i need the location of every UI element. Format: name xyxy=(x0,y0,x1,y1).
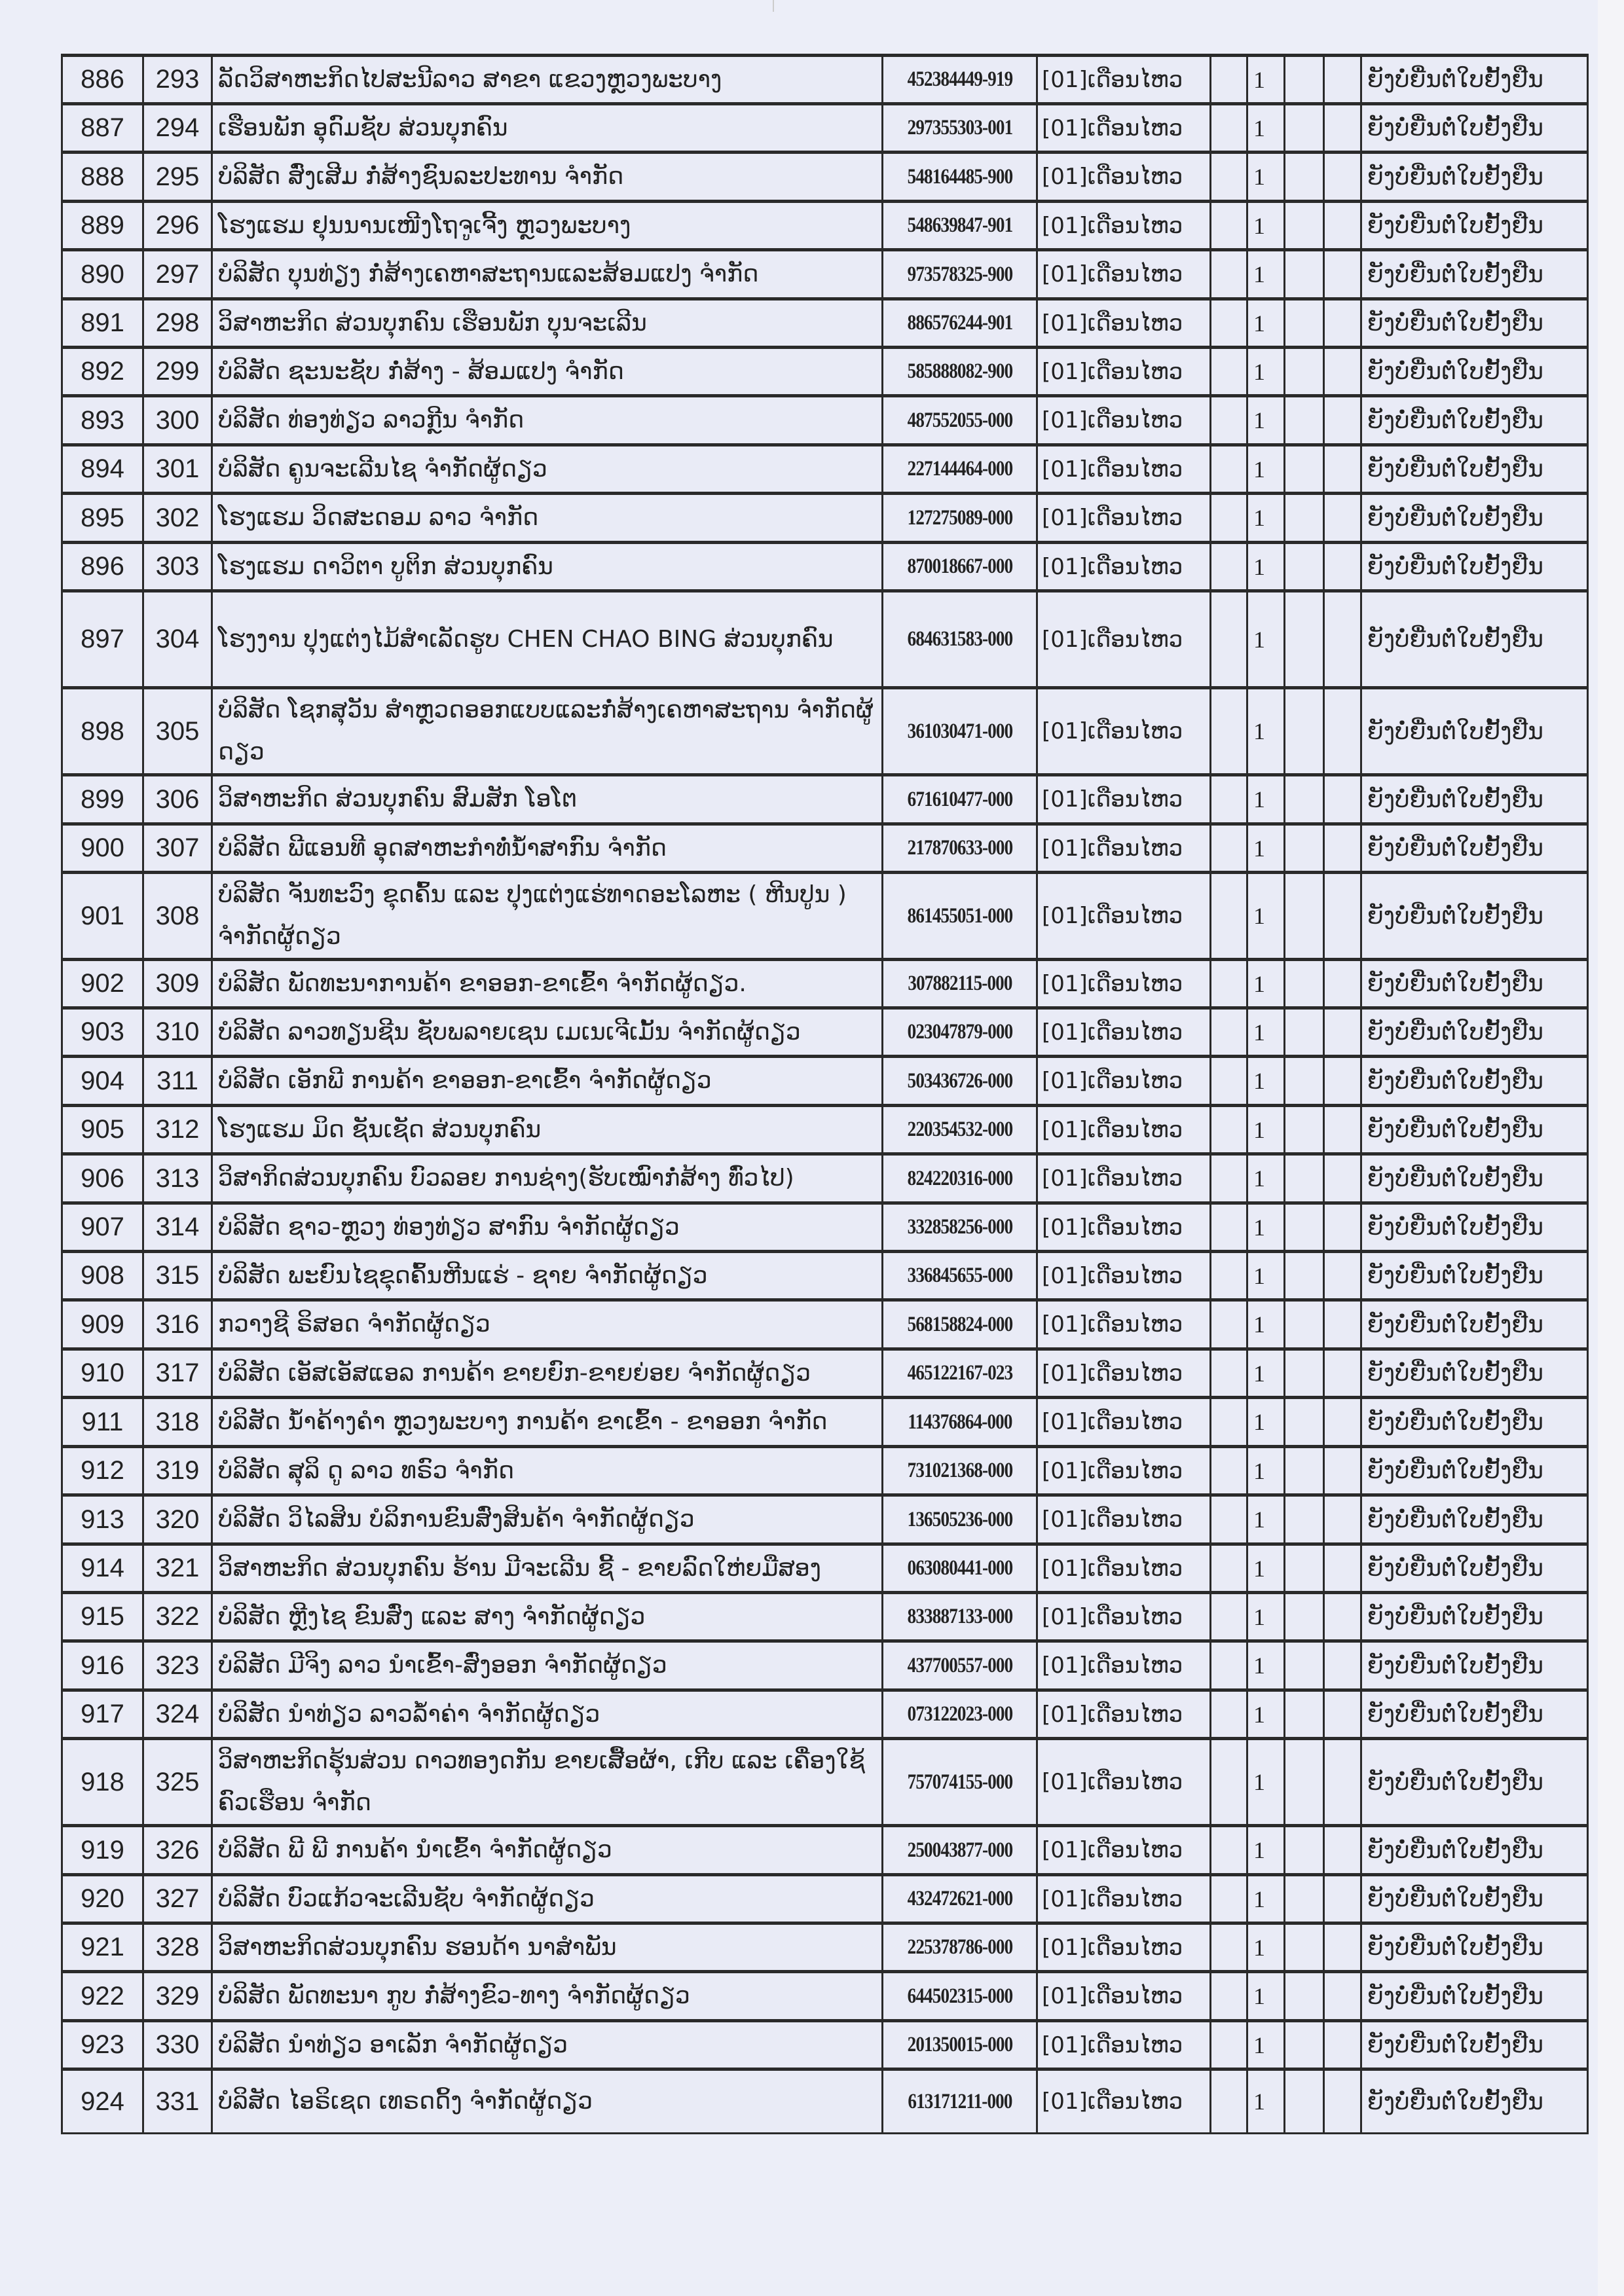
business-name-cell: ບໍລິສັດ ນຳທ່ຽວ ອາເລັກ ຈຳກັດຜູ້ດຽວ xyxy=(212,2021,883,2069)
blank-cell xyxy=(1285,1203,1324,1252)
seq-text: 902 xyxy=(81,969,124,998)
status-text: ຍັງບໍ່ຍື່ນຕໍ່ໃບຢັ້ງຢືນ xyxy=(1367,786,1543,813)
filing-status-cell: ຍັງບໍ່ຍື່ນຕໍ່ໃບຢັ້ງຢືນ xyxy=(1361,1690,1588,1739)
count-cell: 1 xyxy=(1247,396,1285,445)
no-text: 308 xyxy=(156,902,200,930)
no-text: 293 xyxy=(156,65,200,94)
overall-sequence-cell: 895 xyxy=(62,494,143,543)
blank-cell xyxy=(1324,824,1361,873)
blank-cell xyxy=(1324,250,1361,299)
filing-status-cell: ຍັງບໍ່ຍື່ນຕໍ່ໃບຢັ້ງຢືນ xyxy=(1361,1447,1588,1495)
overall-sequence-cell: 898 xyxy=(62,688,143,775)
count-text: 1 xyxy=(1253,1652,1265,1679)
name-text: ໂຮງງານ ປຸງແຕ່ງໄມ້ສຳເລັດຮູບ CHEN CHAO BIN… xyxy=(218,626,833,653)
period-text: [01]ເດືອນໄຫວ xyxy=(1042,407,1183,433)
blank-cell xyxy=(1285,1008,1324,1057)
blank-cell xyxy=(1324,1447,1361,1495)
table-body: 886 293 ລັດວິສາຫະກິດໄປສະນີລາວ ສາຂາ ແຂວງຫ… xyxy=(62,56,1588,2134)
tin-text: 201350015-000 xyxy=(907,2033,1012,2057)
no-text: 301 xyxy=(156,454,200,483)
table-row: 888 295 ບໍລິສັດ ສົ່ງເສີມ ກໍ່ສ້າງຊົນລະປະທ… xyxy=(62,153,1588,202)
group-sequence-cell: 311 xyxy=(143,1057,212,1106)
group-sequence-cell: 293 xyxy=(143,56,212,104)
status-text: ຍັງບໍ່ຍື່ນຕໍ່ໃບຢັ້ງຢືນ xyxy=(1367,1603,1543,1630)
tin-text: 465122167-023 xyxy=(907,1361,1012,1385)
status-text: ຍັງບໍ່ຍື່ນຕໍ່ໃບຢັ້ງຢືນ xyxy=(1367,164,1543,191)
blank-cell xyxy=(1285,1875,1324,1923)
blank-cell xyxy=(1324,1641,1361,1690)
blank-cell xyxy=(1211,824,1247,873)
period-cell: [01]ເດືອນໄຫວ xyxy=(1037,445,1211,494)
blank-cell xyxy=(1324,348,1361,396)
seq-text: 893 xyxy=(81,406,124,435)
business-name-cell: ໂຮງແຮມ ດາວິຕາ ບູຕິກ ສ່ວນບຸກຄົນ xyxy=(212,543,883,591)
blank-cell xyxy=(1285,1690,1324,1739)
name-text: ວິສາກິດສ່ວນບຸກຄົນ ບົວລອຍ ການຊ່າງ(ຮັບເໝົາ… xyxy=(218,1165,794,1192)
no-text: 326 xyxy=(156,1836,200,1865)
blank-cell xyxy=(1211,543,1247,591)
blank-cell xyxy=(1285,1398,1324,1447)
period-cell: [01]ເດືອນໄຫວ xyxy=(1037,1154,1211,1203)
period-cell: [01]ເດືອນໄຫວ xyxy=(1037,299,1211,348)
status-text: ຍັງບໍ່ຍື່ນຕໍ່ໃບຢັ້ງຢືນ xyxy=(1367,1360,1543,1387)
business-name-cell: ບໍລິສັດ ພີ ພີ ການຄ້າ ນຳເຂົ້າ ຈຳກັດຜູ້ດຽວ xyxy=(212,1826,883,1875)
count-text: 1 xyxy=(1253,1506,1265,1533)
tin-text: 023047879-000 xyxy=(907,1020,1012,1044)
business-name-cell: ບໍລິສັດ ວິໄລສິນ ບໍລິການຂົນສົ່ງສິນຄ້າ ຈຳກ… xyxy=(212,1495,883,1544)
no-text: 297 xyxy=(156,260,200,289)
period-cell: [01]ເດືອນໄຫວ xyxy=(1037,396,1211,445)
no-text: 310 xyxy=(156,1017,200,1046)
name-text: ວິສາຫະກິດສ່ວນບຸກຄົນ ຮອນດ້າ ນາສຳພັນ xyxy=(218,1934,617,1961)
tax-id-cell: 127275089-000 xyxy=(896,494,1024,543)
filing-status-cell: ຍັງບໍ່ຍື່ນຕໍ່ໃບຢັ້ງຢືນ xyxy=(1361,1106,1588,1154)
business-name-cell: ບໍລິສັດ ຫຼີງໄຊ ຂົນສົ່ງ ແລະ ສາງ ຈຳກັດຜູ້ດ… xyxy=(212,1593,883,1641)
name-text: ບໍລິສັດ ນ້ຳຄ້າງຄຳ ຫຼວງພະບາງ ການຄ້າ ຂາເຂົ… xyxy=(218,1408,828,1435)
period-cell: [01]ເດືອນໄຫວ xyxy=(1037,1739,1211,1826)
overall-sequence-cell: 920 xyxy=(62,1875,143,1923)
status-text: ຍັງບໍ່ຍື່ນຕໍ່ໃບຢັ້ງຢືນ xyxy=(1367,1214,1543,1241)
filing-status-cell: ຍັງບໍ່ຍື່ນຕໍ່ໃບຢັ້ງຢືນ xyxy=(1361,1398,1588,1447)
period-text: [01]ເດືອນໄຫວ xyxy=(1042,456,1183,483)
status-text: ຍັງບໍ່ຍື່ນຕໍ່ໃບຢັ້ງຢືນ xyxy=(1367,1701,1543,1728)
group-sequence-cell: 323 xyxy=(143,1641,212,1690)
no-text: 322 xyxy=(156,1602,200,1631)
group-sequence-cell: 306 xyxy=(143,775,212,824)
business-name-cell: ບໍລິສັດ ຊະນະຊັບ ກໍ່ສ້າງ - ສ້ອມແປງ ຈຳກັດ xyxy=(212,348,883,396)
filing-status-cell: ຍັງບໍ່ຍື່ນຕໍ່ໃບຢັ້ງຢືນ xyxy=(1361,445,1588,494)
group-sequence-cell: 318 xyxy=(143,1398,212,1447)
name-text: ບໍລິສັດ ພັດທະນາ ກູບ ກໍ່ສ້າງຂົວ-ທາງ ຈຳກັດ… xyxy=(218,1982,690,2009)
blank-cell xyxy=(1211,1252,1247,1300)
period-text: [01]ເດືອນໄຫວ xyxy=(1042,1837,1183,1863)
count-text: 1 xyxy=(1253,1458,1265,1484)
overall-sequence-cell: 890 xyxy=(62,250,143,299)
blank-cell xyxy=(1211,1349,1247,1398)
period-cell: [01]ເດືອນໄຫວ xyxy=(1037,1106,1211,1154)
group-sequence-cell: 298 xyxy=(143,299,212,348)
tax-id-cell: 201350015-000 xyxy=(896,2021,1024,2069)
filing-status-cell: ຍັງບໍ່ຍື່ນຕໍ່ໃບຢັ້ງຢືນ xyxy=(1361,1008,1588,1057)
blank-cell xyxy=(1211,873,1247,960)
blank-cell xyxy=(1285,299,1324,348)
filing-status-cell: ຍັງບໍ່ຍື່ນຕໍ່ໃບຢັ້ງຢືນ xyxy=(1361,396,1588,445)
tin-text: 568158824-000 xyxy=(907,1313,1012,1337)
table-row: 908 315 ບໍລິສັດ ພະຍົນໄຊຂຸດຄົ້ນຫີນແຮ່ - ຊ… xyxy=(62,1252,1588,1300)
count-cell: 1 xyxy=(1247,688,1285,775)
blank-cell xyxy=(1324,104,1361,153)
name-text: ກວາງຊີ ຣິສອດ ຈຳກັດຜູ້ດຽວ xyxy=(218,1311,490,1338)
blank-cell xyxy=(1211,1447,1247,1495)
tin-text: 757074155-000 xyxy=(907,1770,1012,1795)
group-sequence-cell: 301 xyxy=(143,445,212,494)
period-cell: [01]ເດືອນໄຫວ xyxy=(1037,1252,1211,1300)
count-cell: 1 xyxy=(1247,775,1285,824)
filing-status-cell: ຍັງບໍ່ຍື່ນຕໍ່ໃບຢັ້ງຢືນ xyxy=(1361,1203,1588,1252)
tin-text: 127275089-000 xyxy=(907,506,1012,530)
tin-text: 861455051-000 xyxy=(907,904,1012,928)
status-text: ຍັງບໍ່ຍື່ນຕໍ່ໃບຢັ້ງຢືນ xyxy=(1367,1116,1543,1143)
tax-id-cell: 073122023-000 xyxy=(896,1690,1024,1739)
tin-text: 307882115-000 xyxy=(908,972,1012,996)
group-sequence-cell: 326 xyxy=(143,1826,212,1875)
blank-cell xyxy=(1285,56,1324,104)
blank-cell xyxy=(1324,1495,1361,1544)
tin-text: 217870633-000 xyxy=(907,836,1012,860)
business-name-cell: ບໍລິສັດ ນ້ຳຄ້າງຄຳ ຫຼວງພະບາງ ການຄ້າ ຂາເຂົ… xyxy=(212,1398,883,1447)
status-text: ຍັງບໍ່ຍື່ນຕໍ່ໃບຢັ້ງຢືນ xyxy=(1367,1555,1543,1582)
blank-cell xyxy=(1324,299,1361,348)
seq-text: 917 xyxy=(81,1700,124,1728)
table-row: 917 324 ບໍລິສັດ ນຳທ່ຽວ ລາວລ້ຳຄ່າ ຈຳກັດຜູ… xyxy=(62,1690,1588,1739)
table-row: 909 316 ກວາງຊີ ຣິສອດ ຈຳກັດຜູ້ດຽວ 5681588… xyxy=(62,1300,1588,1349)
no-text: 304 xyxy=(156,625,200,653)
tax-id-cell: 824220316-000 xyxy=(896,1154,1024,1203)
count-text: 1 xyxy=(1253,1311,1265,1338)
tax-id-cell: 452384449-919 xyxy=(896,56,1024,104)
name-text: ວິສາຫະກິດຮຸ້ນສ່ວນ ດາວທອງດກັນ ຂາຍເສື້ອຜ້າ… xyxy=(218,1747,865,1816)
blank-cell xyxy=(1324,1923,1361,1972)
blank-cell xyxy=(1285,1739,1324,1826)
filing-status-cell: ຍັງບໍ່ຍື່ນຕໍ່ໃບຢັ້ງຢືນ xyxy=(1361,1544,1588,1593)
blank-cell xyxy=(1211,1057,1247,1106)
blank-cell xyxy=(1211,1544,1247,1593)
count-text: 1 xyxy=(1253,1165,1265,1192)
blank-cell xyxy=(1285,873,1324,960)
period-text: [01]ເດືອນໄຫວ xyxy=(1042,1458,1183,1484)
tax-id-cell: 225378786-000 xyxy=(896,1923,1024,1972)
filing-status-cell: ຍັງບໍ່ຍື່ນຕໍ່ໃບຢັ້ງຢືນ xyxy=(1361,348,1588,396)
business-name-cell: ລັດວິສາຫະກິດໄປສະນີລາວ ສາຂາ ແຂວງຫຼວງພະບາງ xyxy=(212,56,883,104)
table-row: 916 323 ບໍລິສັດ ມີຈິງ ລາວ ນຳເຂົ້າ-ສົ່ງອອ… xyxy=(62,1641,1588,1690)
count-cell: 1 xyxy=(1247,202,1285,250)
name-text: ວິສາຫະກິດ ສ່ວນບຸກຄົນ ເຮືອນພັກ ບຸນຈະເລີນ xyxy=(218,310,647,337)
tax-id-cell: 307882115-000 xyxy=(896,960,1024,1008)
no-text: 327 xyxy=(156,1884,200,1913)
blank-cell xyxy=(1285,153,1324,202)
overall-sequence-cell: 891 xyxy=(62,299,143,348)
blank-cell xyxy=(1211,1154,1247,1203)
count-text: 1 xyxy=(1253,1604,1265,1630)
period-text: [01]ເດືອນໄຫວ xyxy=(1042,1165,1183,1192)
period-text: [01]ເດືອນໄຫວ xyxy=(1042,213,1183,239)
tax-id-cell: 833887133-000 xyxy=(896,1593,1024,1641)
status-text: ຍັງບໍ່ຍື່ນຕໍ່ໃບຢັ້ງຢືນ xyxy=(1367,1409,1543,1436)
status-text: ຍັງບໍ່ຍື່ນຕໍ່ໃບຢັ້ງຢືນ xyxy=(1367,1311,1543,1338)
name-text: ບໍລິສັດ ໂຊກສຸວັນ ສຳຫຼວດອອກແບບແລະກໍ່ສ້າງເ… xyxy=(218,697,874,765)
period-text: [01]ເດືອນໄຫວ xyxy=(1042,115,1183,141)
group-sequence-cell: 314 xyxy=(143,1203,212,1252)
group-sequence-cell: 297 xyxy=(143,250,212,299)
tin-text: 671610477-000 xyxy=(907,788,1012,812)
tin-text: 297355303-001 xyxy=(907,116,1012,140)
overall-sequence-cell: 903 xyxy=(62,1008,143,1057)
name-text: ບໍລິສັດ ນຳທ່ຽວ ອາເລັກ ຈຳກັດຜູ້ດຽວ xyxy=(218,2032,568,2058)
blank-cell xyxy=(1324,1008,1361,1057)
group-sequence-cell: 303 xyxy=(143,543,212,591)
no-text: 320 xyxy=(156,1505,200,1534)
business-name-cell: ບໍລິສັດ ໂຊກສຸວັນ ສຳຫຼວດອອກແບບແລະກໍ່ສ້າງເ… xyxy=(212,688,883,775)
blank-cell xyxy=(1285,688,1324,775)
group-sequence-cell: 295 xyxy=(143,153,212,202)
filing-status-cell: ຍັງບໍ່ຍື່ນຕໍ່ໃບຢັ້ງຢືນ xyxy=(1361,1593,1588,1641)
group-sequence-cell: 329 xyxy=(143,1972,212,2021)
blank-cell xyxy=(1285,543,1324,591)
table-row: 920 327 ບໍລິສັດ ບົວແກ້ວຈະເລີນຊັບ ຈຳກັດຜູ… xyxy=(62,1875,1588,1923)
seq-text: 892 xyxy=(81,357,124,386)
group-sequence-cell: 308 xyxy=(143,873,212,960)
count-cell: 1 xyxy=(1247,1826,1285,1875)
count-text: 1 xyxy=(1253,835,1265,862)
group-sequence-cell: 313 xyxy=(143,1154,212,1203)
overall-sequence-cell: 894 xyxy=(62,445,143,494)
tin-text: 886576244-901 xyxy=(907,311,1012,335)
name-text: ບໍລິສັດ ບຸນທ່ຽງ ກໍ່ສ້າງເຄຫາສະຖານແລະສ້ອມແ… xyxy=(218,261,758,287)
count-cell: 1 xyxy=(1247,1495,1285,1544)
table-row: 892 299 ບໍລິສັດ ຊະນະຊັບ ກໍ່ສ້າງ - ສ້ອມແປ… xyxy=(62,348,1588,396)
table-row: 891 298 ວິສາຫະກິດ ສ່ວນບຸກຄົນ ເຮືອນພັກ ບຸ… xyxy=(62,299,1588,348)
table-row: 899 306 ວິສາຫະກິດ ສ່ວນບຸກຄົນ ສົມສັກ ໂອໂຕ… xyxy=(62,775,1588,824)
count-cell: 1 xyxy=(1247,1203,1285,1252)
count-text: 1 xyxy=(1253,1117,1265,1143)
period-cell: [01]ເດືອນໄຫວ xyxy=(1037,960,1211,1008)
blank-cell xyxy=(1285,202,1324,250)
tin-text: 548639847-901 xyxy=(907,213,1012,238)
overall-sequence-cell: 899 xyxy=(62,775,143,824)
tin-text: 824220316-000 xyxy=(907,1167,1012,1191)
count-text: 1 xyxy=(1253,505,1265,531)
count-cell: 1 xyxy=(1247,1593,1285,1641)
period-text: [01]ເດືອນໄຫວ xyxy=(1042,786,1183,812)
blank-cell xyxy=(1211,1875,1247,1923)
status-text: ຍັງບໍ່ຍື່ນຕໍ່ໃບຢັ້ງຢືນ xyxy=(1367,115,1543,141)
blank-cell xyxy=(1324,688,1361,775)
blank-cell xyxy=(1324,1300,1361,1349)
filing-status-cell: ຍັງບໍ່ຍື່ນຕໍ່ໃບຢັ້ງຢືນ xyxy=(1361,2069,1588,2134)
tax-id-cell: 220354532-000 xyxy=(896,1106,1024,1154)
no-text: 305 xyxy=(156,717,200,746)
period-cell: [01]ເດືອນໄຫວ xyxy=(1037,1057,1211,1106)
tin-text: 250043877-000 xyxy=(907,1838,1012,1863)
tax-id-cell: 336845655-000 xyxy=(896,1252,1024,1300)
table-row: 907 314 ບໍລິສັດ ຊາວ-ຫຼວງ ທ່ອງທ່ຽວ ສາກົນ … xyxy=(62,1203,1588,1252)
business-name-cell: ວິສາຫະກິດ ສ່ວນບຸກຄົນ ສົມສັກ ໂອໂຕ xyxy=(212,775,883,824)
seq-text: 904 xyxy=(81,1066,124,1095)
status-text: ຍັງບໍ່ຍື່ນຕໍ່ໃບຢັ້ງຢືນ xyxy=(1367,1769,1543,1796)
group-sequence-cell: 324 xyxy=(143,1690,212,1739)
group-sequence-cell: 310 xyxy=(143,1008,212,1057)
status-text: ຍັງບໍ່ຍື່ນຕໍ່ໃບຢັ້ງຢືນ xyxy=(1367,1886,1543,1912)
tax-id-cell: 684631583-000 xyxy=(896,591,1024,688)
name-text: ລັດວິສາຫະກິດໄປສະນີລາວ ສາຂາ ແຂວງຫຼວງພະບາງ xyxy=(218,66,722,93)
filing-status-cell: ຍັງບໍ່ຍື່ນຕໍ່ໃບຢັ້ງຢືນ xyxy=(1361,960,1588,1008)
business-name-cell: ບໍລິສັດ ພັດທະນາ ກູບ ກໍ່ສ້າງຂົວ-ທາງ ຈຳກັດ… xyxy=(212,1972,883,2021)
blank-cell xyxy=(1324,445,1361,494)
table-row: 889 296 ໂຮງແຮມ ຢຸນນານເໜີງໂຖຈູເຈີ້ງ ຫຼວງພ… xyxy=(62,202,1588,250)
count-text: 1 xyxy=(1253,1935,1265,1961)
period-cell: [01]ເດືອນໄຫວ xyxy=(1037,1300,1211,1349)
period-cell: [01]ເດືອນໄຫວ xyxy=(1037,202,1211,250)
business-name-cell: ບໍລິສັດ ທ່ອງທ່ຽວ ລາວກຼີນ ຈຳກັດ xyxy=(212,396,883,445)
no-text: 329 xyxy=(156,1982,200,2011)
period-text: [01]ເດືອນໄຫວ xyxy=(1042,971,1183,997)
tin-text: 432472621-000 xyxy=(907,1887,1012,1911)
blank-cell xyxy=(1324,873,1361,960)
period-cell: [01]ເດືອນໄຫວ xyxy=(1037,494,1211,543)
tax-id-cell: 973578325-900 xyxy=(896,250,1024,299)
tin-text: 585888082-900 xyxy=(907,359,1012,384)
table-row: 905 312 ໂຮງແຮມ ມິດ ຊັນເຊັດ ສ່ວນບຸກຄົນ 22… xyxy=(62,1106,1588,1154)
tin-text: 684631583-000 xyxy=(907,627,1012,651)
filing-status-cell: ຍັງບໍ່ຍື່ນຕໍ່ໃບຢັ້ງຢືນ xyxy=(1361,591,1588,688)
count-text: 1 xyxy=(1253,627,1265,653)
seq-text: 922 xyxy=(81,1982,124,2011)
no-text: 328 xyxy=(156,1933,200,1961)
tax-id-cell: 297355303-001 xyxy=(896,104,1024,153)
name-text: ບໍລິສັດ ມີຈິງ ລາວ ນຳເຂົ້າ-ສົ່ງອອກ ຈຳກັດຜ… xyxy=(218,1652,667,1679)
group-sequence-cell: 300 xyxy=(143,396,212,445)
status-text: ຍັງບໍ່ຍື່ນຕໍ່ໃບຢັ້ງຢືນ xyxy=(1367,626,1543,653)
group-sequence-cell: 317 xyxy=(143,1349,212,1398)
group-sequence-cell: 319 xyxy=(143,1447,212,1495)
tax-id-cell: 250043877-000 xyxy=(896,1826,1024,1875)
period-cell: [01]ເດືອນໄຫວ xyxy=(1037,1447,1211,1495)
count-text: 1 xyxy=(1253,213,1265,239)
name-text: ບໍລິສັດ ນຳທ່ຽວ ລາວລ້ຳຄ່າ ຈຳກັດຜູ້ດຽວ xyxy=(218,1701,600,1728)
count-text: 1 xyxy=(1253,67,1265,93)
status-text: ຍັງບໍ່ຍື່ນຕໍ່ໃບຢັ້ງຢືນ xyxy=(1367,456,1543,483)
table-row: 911 318 ບໍລິສັດ ນ້ຳຄ້າງຄຳ ຫຼວງພະບາງ ການຄ… xyxy=(62,1398,1588,1447)
status-text: ຍັງບໍ່ຍື່ນຕໍ່ໃບຢັ້ງຢືນ xyxy=(1367,1262,1543,1289)
tin-text: 644502315-000 xyxy=(907,1984,1012,2009)
blank-cell xyxy=(1285,1641,1324,1690)
seq-text: 901 xyxy=(81,902,124,930)
business-name-cell: ບໍລິສັດ ຊາວ-ຫຼວງ ທ່ອງທ່ຽວ ສາກົນ ຈຳກັດຜູ້… xyxy=(212,1203,883,1252)
period-text: [01]ເດືອນໄຫວ xyxy=(1042,1019,1183,1046)
status-text: ຍັງບໍ່ຍື່ນຕໍ່ໃບຢັ້ງຢືນ xyxy=(1367,505,1543,532)
tin-text: 332858256-000 xyxy=(907,1215,1012,1239)
filing-status-cell: ຍັງບໍ່ຍື່ນຕໍ່ໃບຢັ້ງຢືນ xyxy=(1361,1739,1588,1826)
blank-cell xyxy=(1324,1398,1361,1447)
count-text: 1 xyxy=(1253,1360,1265,1387)
blank-cell xyxy=(1285,1972,1324,2021)
tin-text: 870018667-000 xyxy=(907,555,1012,579)
business-name-cell: ບໍລິສັດ ເອັສເອັສແອລ ການຄ້າ ຂາຍຍົກ-ຂາຍຍ່ອ… xyxy=(212,1349,883,1398)
seq-text: 920 xyxy=(81,1884,124,1913)
period-cell: [01]ເດືອນໄຫວ xyxy=(1037,1826,1211,1875)
business-name-cell: ບໍລິສັດ ພັດທະນາການຄ້າ ຂາອອກ-ຂາເຂົ້າ ຈຳກັ… xyxy=(212,960,883,1008)
business-name-cell: ບໍລິສັດ ຈັນທະວົງ ຂຸດຄົ້ນ ແລະ ປຸງແຕ່ງແຮ່ທ… xyxy=(212,873,883,960)
period-text: [01]ເດືອນໄຫວ xyxy=(1042,67,1183,93)
filing-status-cell: ຍັງບໍ່ຍື່ນຕໍ່ໃບຢັ້ງຢືນ xyxy=(1361,153,1588,202)
scan-page-edge xyxy=(1598,0,1624,2296)
tin-text: 220354532-000 xyxy=(907,1118,1012,1142)
count-text: 1 xyxy=(1253,1068,1265,1094)
period-text: [01]ເດືອນໄຫວ xyxy=(1042,1702,1183,1728)
group-sequence-cell: 325 xyxy=(143,1739,212,1826)
period-text: [01]ເດືອນໄຫວ xyxy=(1042,1068,1183,1094)
no-text: 316 xyxy=(156,1310,200,1339)
table-row: 913 320 ບໍລິສັດ ວິໄລສິນ ບໍລິການຂົນສົ່ງສິ… xyxy=(62,1495,1588,1544)
count-cell: 1 xyxy=(1247,1300,1285,1349)
tin-text: 833887133-000 xyxy=(907,1605,1012,1629)
table-row: 890 297 ບໍລິສັດ ບຸນທ່ຽງ ກໍ່ສ້າງເຄຫາສະຖານ… xyxy=(62,250,1588,299)
tin-text: 073122023-000 xyxy=(907,1702,1012,1726)
period-cell: [01]ເດືອນໄຫວ xyxy=(1037,1544,1211,1593)
blank-cell xyxy=(1285,1923,1324,1972)
group-sequence-cell: 330 xyxy=(143,2021,212,2069)
period-cell: [01]ເດືອນໄຫວ xyxy=(1037,543,1211,591)
count-text: 1 xyxy=(1253,1983,1265,2009)
period-text: [01]ເດືອນໄຫວ xyxy=(1042,1769,1183,1795)
blank-cell xyxy=(1285,1826,1324,1875)
blank-cell xyxy=(1211,1641,1247,1690)
overall-sequence-cell: 916 xyxy=(62,1641,143,1690)
period-text: [01]ເດືອນໄຫວ xyxy=(1042,554,1183,580)
seq-text: 895 xyxy=(81,503,124,532)
count-text: 1 xyxy=(1253,1702,1265,1728)
count-cell: 1 xyxy=(1247,299,1285,348)
count-cell: 1 xyxy=(1247,104,1285,153)
business-name-cell: ເຮືອນພັກ ອຸດົມຊັບ ສ່ວນບຸກຄົນ xyxy=(212,104,883,153)
no-text: 321 xyxy=(156,1554,200,1582)
business-name-cell: ບໍລິສັດ ມີຈິງ ລາວ ນຳເຂົ້າ-ສົ່ງອອກ ຈຳກັດຜ… xyxy=(212,1641,883,1690)
no-text: 318 xyxy=(156,1408,200,1436)
table-row: 893 300 ບໍລິສັດ ທ່ອງທ່ຽວ ລາວກຼີນ ຈຳກັດ 4… xyxy=(62,396,1588,445)
tax-id-cell: 432472621-000 xyxy=(896,1875,1024,1923)
seq-text: 897 xyxy=(81,625,124,653)
blank-cell xyxy=(1324,1349,1361,1398)
seq-text: 924 xyxy=(81,2087,124,2116)
status-text: ຍັງບໍ່ຍື່ນຕໍ່ໃບຢັ້ງຢືນ xyxy=(1367,261,1543,288)
blank-cell xyxy=(1285,775,1324,824)
overall-sequence-cell: 922 xyxy=(62,1972,143,2021)
tin-text: 487552055-000 xyxy=(907,409,1012,433)
business-name-cell: ບໍລິສັດ ສຸລິ ດູ ລາວ ທຣົວ ຈຳກັດ xyxy=(212,1447,883,1495)
status-text: ຍັງບໍ່ຍື່ນຕໍ່ໃບຢັ້ງຢືນ xyxy=(1367,1068,1543,1095)
period-text: [01]ເດືອນໄຫວ xyxy=(1042,1935,1183,1961)
period-cell: [01]ເດືອນໄຫວ xyxy=(1037,1972,1211,2021)
tax-id-cell: 861455051-000 xyxy=(896,873,1024,960)
filing-status-cell: ຍັງບໍ່ຍື່ນຕໍ່ໃບຢັ້ງຢືນ xyxy=(1361,873,1588,960)
group-sequence-cell: 316 xyxy=(143,1300,212,1349)
overall-sequence-cell: 913 xyxy=(62,1495,143,1544)
period-text: [01]ເດືອນໄຫວ xyxy=(1042,903,1183,929)
blank-cell xyxy=(1211,494,1247,543)
tax-id-cell: 114376864-000 xyxy=(896,1398,1024,1447)
count-text: 1 xyxy=(1253,310,1265,337)
count-text: 1 xyxy=(1253,786,1265,812)
